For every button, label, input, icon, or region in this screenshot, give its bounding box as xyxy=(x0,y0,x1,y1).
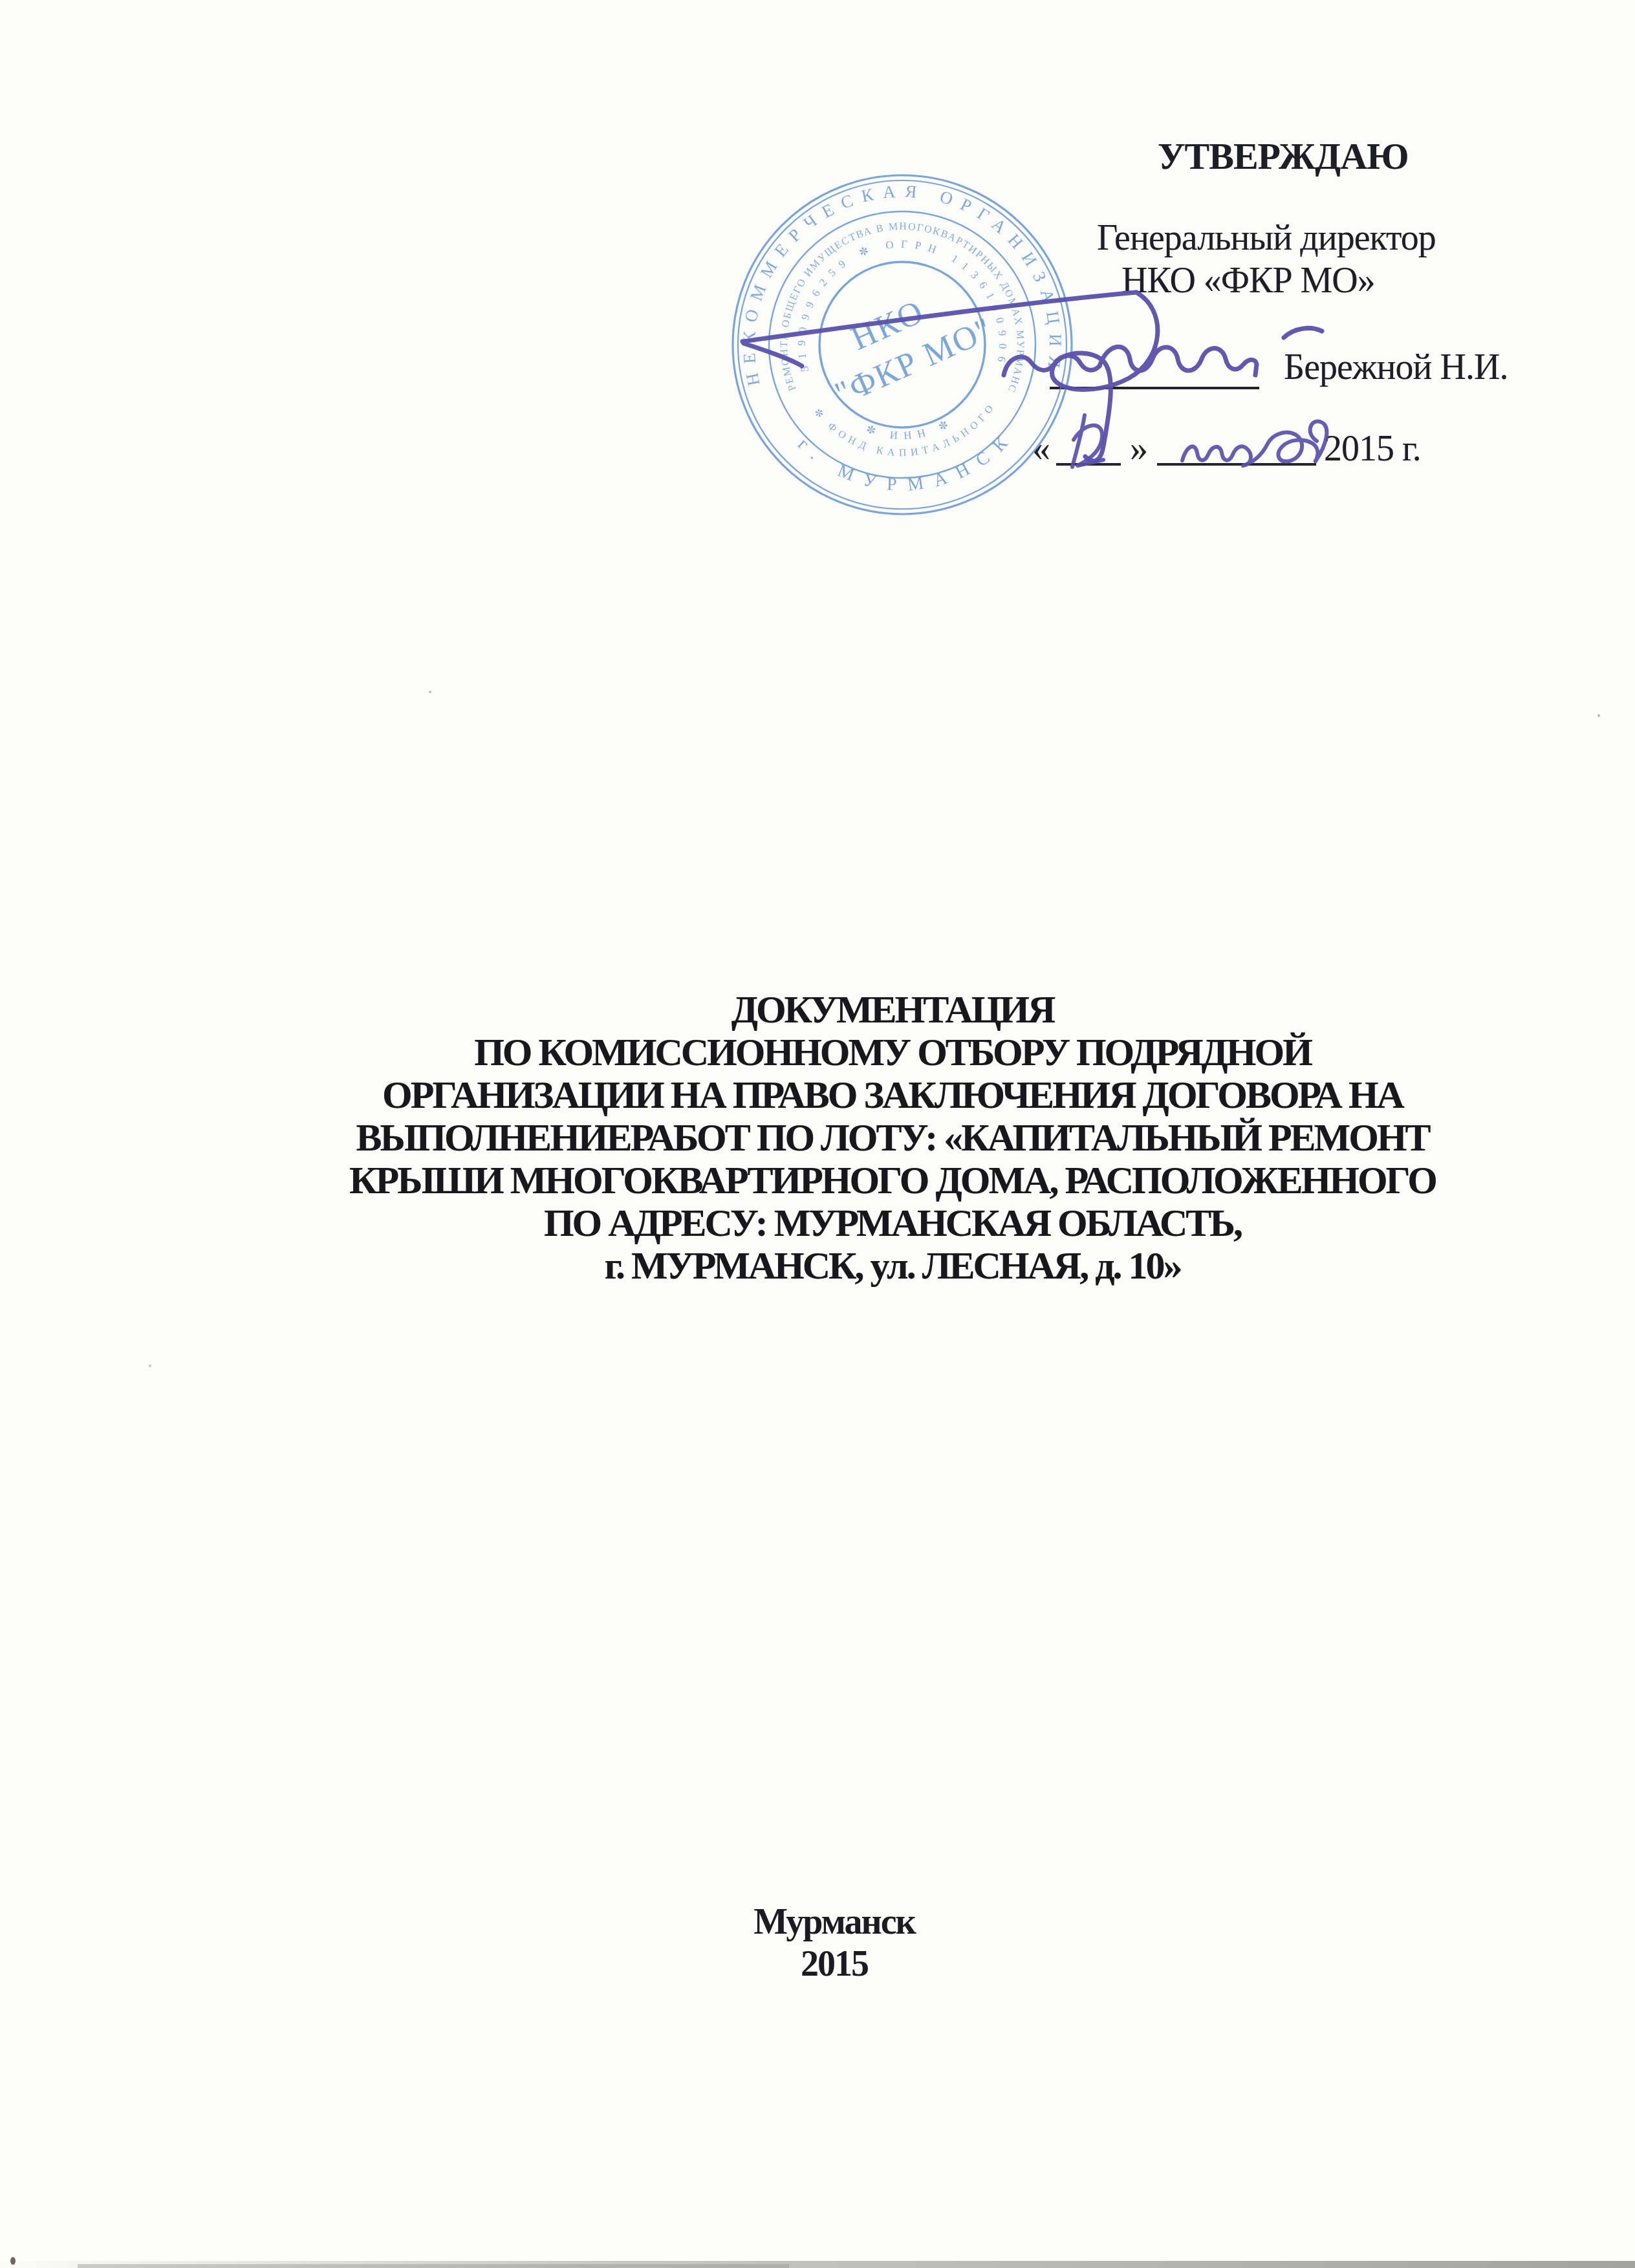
footer-year: 2015 xyxy=(673,1943,996,1985)
title-line-7: г. МУРМАНСК, ул. ЛЕСНАЯ, д. 10» xyxy=(246,1244,1539,1287)
director-title: Генеральный директор xyxy=(1097,217,1436,259)
scanned-document-page: УТВЕРЖДАЮ Генеральный директор НКО «ФКР … xyxy=(0,0,1635,2268)
scan-bottom-edge-2 xyxy=(78,2264,789,2268)
footer-city: Мурманск xyxy=(673,1901,996,1943)
scan-speck xyxy=(429,691,431,693)
scan-speck xyxy=(1597,714,1600,717)
footer-block: Мурманск 2015 xyxy=(673,1901,996,1985)
title-line-1: ДОКУМЕНТАЦИЯ xyxy=(246,988,1539,1031)
title-line-2: ПО КОМИССИОННОМУ ОТБОРУ ПОДРЯДНОЙ xyxy=(246,1031,1539,1074)
document-title: ДОКУМЕНТАЦИЯ ПО КОМИССИОННОМУ ОТБОРУ ПОД… xyxy=(246,988,1539,1287)
signature-drawing xyxy=(711,259,1358,673)
scan-speck xyxy=(149,1365,151,1367)
title-line-5: КРЫШИ МНОГОКВАРТИРНОГО ДОМА, РАСПОЛОЖЕНН… xyxy=(246,1159,1539,1202)
title-line-3: ОРГАНИЗАЦИИ НА ПРАВО ЗАКЛЮЧЕНИЯ ДОГОВОРА… xyxy=(246,1074,1539,1116)
title-line-6: ПО АДРЕСУ: МУРМАНСКАЯ ОБЛАСТЬ, xyxy=(246,1202,1539,1244)
title-line-4: ВЫПОЛНЕНИЕРАБОТ ПО ЛОТУ: «КАПИТАЛЬНЫЙ РЕ… xyxy=(246,1116,1539,1159)
approval-heading: УТВЕРЖДАЮ xyxy=(1158,135,1408,178)
